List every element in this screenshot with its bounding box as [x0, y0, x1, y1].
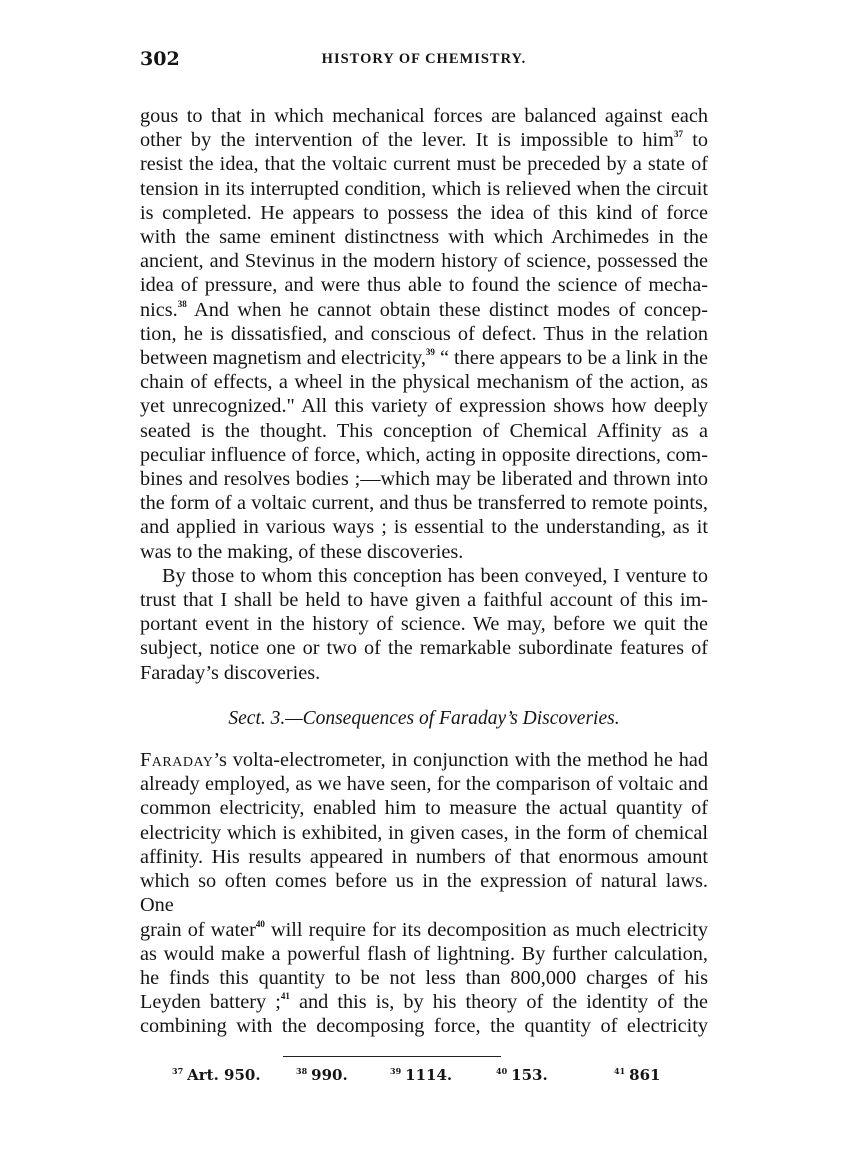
text-line: already employed, as we have seen, for t… [140, 772, 708, 796]
paragraph-3: Faraday’s volta-electrometer, in conjunc… [140, 748, 708, 1038]
text-line: affinity. His results appeared in number… [140, 845, 708, 869]
text-fragment: nics. [140, 299, 178, 321]
text-line: as would make a powerful flash of lightn… [140, 942, 708, 966]
text-line: Leyden battery ;41 and this is, by his t… [140, 990, 708, 1014]
running-head: 302 HISTORY OF CHEMISTRY. [140, 48, 708, 72]
text-line: grain of water40 will require for its de… [140, 918, 708, 942]
text-line: other by the intervention of the lever. … [140, 128, 708, 152]
footnote-text: 990. [311, 1066, 348, 1084]
paragraph-1: gous to that in which mechanical forces … [140, 104, 708, 564]
text-line: bines and resolves bodies ;—which may be… [140, 467, 708, 491]
footnote-40: 40153. [496, 1066, 548, 1084]
text-fragment: grain of water [140, 919, 256, 941]
text-line: By those to whom this conception has bee… [140, 564, 708, 588]
text-line: subject, notice one or two of the remark… [140, 636, 708, 660]
footnote-text: Art. 950. [187, 1066, 260, 1084]
text-line: combining with the decomposing force, th… [140, 1014, 708, 1038]
text-line: is completed. He appears to possess the … [140, 201, 708, 225]
text-fragment: will require for its decomposition as mu… [265, 919, 708, 941]
text-line: portant event in the history of science.… [140, 612, 708, 636]
footnote-41: 41861 [614, 1066, 660, 1084]
footnote-ref-41[interactable]: 41 [281, 991, 290, 1001]
text-line: gous to that in which mechanical forces … [140, 104, 708, 128]
text-line: was to the making, of these discoveries. [140, 540, 708, 564]
footnote-mark: 39 [390, 1066, 401, 1076]
footnote-ref-37[interactable]: 37 [674, 129, 683, 139]
text-line: and applied in various ways ; is essenti… [140, 515, 708, 539]
text-fragment: between magnetism and electricity, [140, 347, 426, 369]
name-smallcaps: Faraday [140, 749, 213, 771]
text-line: trust that I shall be held to have given… [140, 588, 708, 612]
text-line: with the same eminent distinctness with … [140, 225, 708, 249]
footnote-mark: 40 [496, 1066, 507, 1076]
footnote-mark: 37 [172, 1066, 183, 1076]
text-line: nics.38 And when he cannot obtain these … [140, 298, 708, 322]
footnote-text: 861 [629, 1066, 660, 1084]
footnote-text: 1114. [405, 1066, 452, 1084]
body-text: gous to that in which mechanical forces … [140, 104, 708, 1039]
paragraph-2: By those to whom this conception has bee… [140, 564, 708, 685]
running-title: HISTORY OF CHEMISTRY. [140, 51, 708, 68]
text-line: tion, he is dissatisfied, and conscious … [140, 322, 708, 346]
footnote-38: 38990. [296, 1066, 348, 1084]
footnote-text: 153. [511, 1066, 548, 1084]
text-line: between magnetism and electricity,39 “ t… [140, 346, 708, 370]
text-line: the form of a voltaic current, and thus … [140, 491, 708, 515]
footnote-39: 391114. [390, 1066, 452, 1084]
text-line: Faraday’s volta-electrometer, in conjunc… [140, 748, 708, 772]
text-line: which so often comes before us in the ex… [140, 869, 708, 917]
text-fragment: Leyden battery ; [140, 991, 281, 1013]
text-fragment: to [683, 129, 708, 151]
text-line: Faraday’s discoveries. [140, 661, 708, 685]
text-fragment: “ there appears to be a link in the [435, 347, 708, 369]
footnote-mark: 41 [614, 1066, 625, 1076]
text-line: he finds this quantity to be not less th… [140, 966, 708, 990]
text-fragment: ’s volta-electrometer, in conjunction wi… [213, 749, 708, 771]
footnote-ref-40[interactable]: 40 [256, 919, 265, 929]
text-line: seated is the thought. This conception o… [140, 419, 708, 443]
text-line: ancient, and Stevinus in the modern hist… [140, 249, 708, 273]
text-line: tension in its interrupted condition, wh… [140, 177, 708, 201]
footnote-37: 37Art. 950. [172, 1066, 261, 1084]
text-fragment: and this is, by his theory of the identi… [290, 991, 708, 1013]
footnote-ref-39[interactable]: 39 [426, 347, 435, 357]
footnote-ref-38[interactable]: 38 [178, 299, 187, 309]
text-line: electricity which is exhibited, in given… [140, 821, 708, 845]
text-fragment: other by the intervention of the lever. … [140, 129, 674, 151]
text-line: peculiar influence of force, which, acti… [140, 443, 708, 467]
text-line: yet unrecognized." All this variety of e… [140, 394, 708, 418]
text-line: common electricity, enabled him to measu… [140, 796, 708, 820]
section-heading: Sect. 3.—Consequences of Faraday’s Disco… [140, 707, 708, 731]
text-fragment: And when he cannot obtain these distinct… [187, 299, 708, 321]
footnotes: 37Art. 950. 38990. 391114. 40153. 41861 [160, 1066, 700, 1090]
footnote-mark: 38 [296, 1066, 307, 1076]
footnote-divider [283, 1056, 501, 1057]
text-line: resist the idea, that the voltaic curren… [140, 152, 708, 176]
text-line: idea of pressure, and were thus able to … [140, 273, 708, 297]
text-line: chain of effects, a wheel in the physica… [140, 370, 708, 394]
